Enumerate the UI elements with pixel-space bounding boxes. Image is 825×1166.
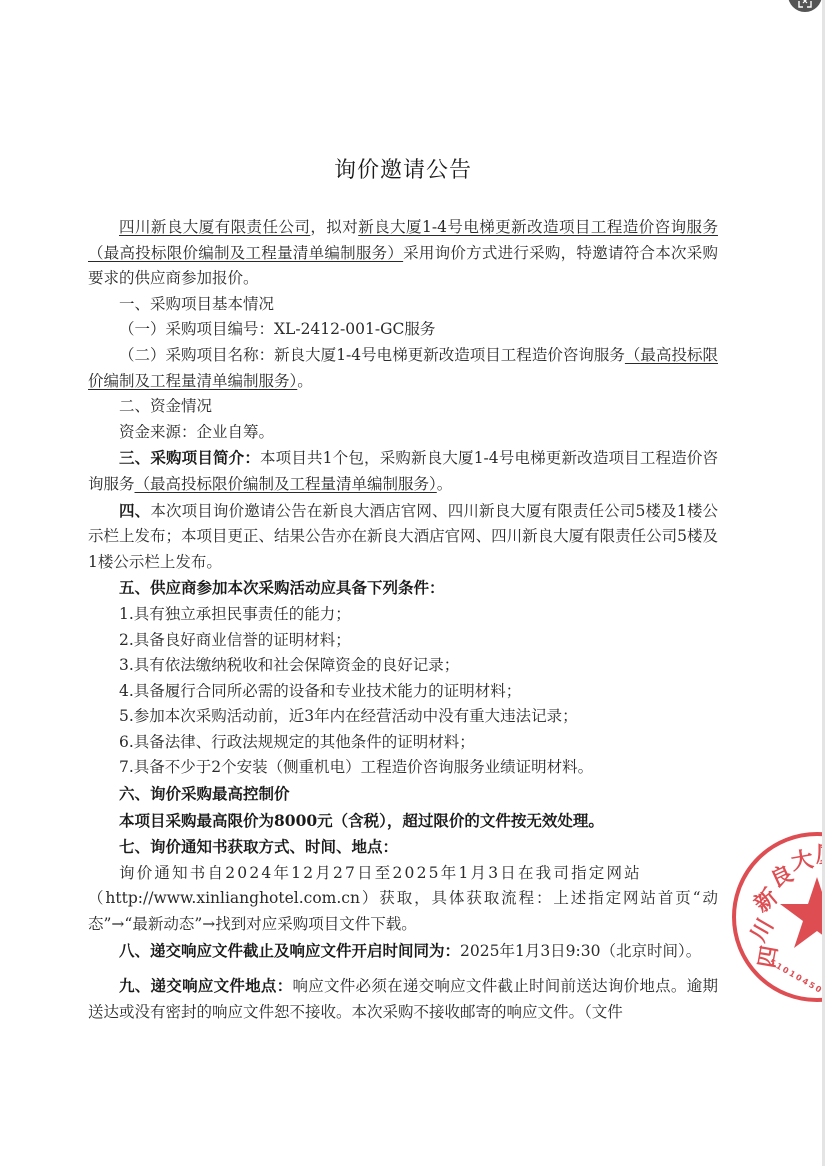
website-instructions: （http://www.xinlianghotel.com.cn）获取，具体获取… — [88, 889, 718, 933]
intro-paragraph: 四川新良大厦有限责任公司，拟对新良大厦1-4号电梯更新改造项目工程造价咨询服务（… — [88, 215, 718, 292]
condition-item: 2.具备良好商业信誉的证明材料； — [88, 628, 718, 654]
section-3: 三、采购项目简介：本项目共1个包，采购新良大厦1-4号电梯更新改造项目工程造价咨… — [88, 445, 718, 497]
condition-item: 6.具备法律、行政法规规定的其他条件的证明材料； — [88, 730, 718, 756]
section-2-heading: 二、资金情况 — [88, 394, 718, 420]
section-3-underlined: （最高投标限价编制及工程量清单编制服务） — [135, 475, 437, 493]
expand-icon — [798, 0, 812, 8]
section-1-item-1: （一）采购项目编号：XL-2412-001-GC服务 — [88, 317, 718, 343]
section-5-heading-text: 五、供应商参加本次采购活动应具备下列条件： — [119, 578, 445, 597]
section-6-heading: 六、询价采购最高控制价 — [88, 781, 718, 808]
condition-item: 4.具备履行合同所必需的设备和专业技术能力的证明材料； — [88, 679, 718, 705]
section-7-line-1: 询价通知书自2024年12月27日至2025年1月3日在我司指定网站 — [88, 861, 718, 887]
section-6-text: 本项目采购最高限价为8000元（含税），超过限价的文件按无效处理。 — [88, 808, 718, 835]
section-2-heading-text: 二、资金情况 — [119, 397, 212, 415]
condition-6: 6.具备法律、行政法规规定的其他条件的证明材料； — [119, 733, 475, 751]
condition-item: 1.具有独立承担民事责任的能力； — [88, 602, 718, 628]
condition-item: 5.参加本次采购活动前，近3年内在经营活动中没有重大违法记录； — [88, 704, 718, 730]
section-8-heading: 八、递交响应文件截止及响应文件开启时间同为： — [119, 941, 460, 960]
deadline-text: 2025年1月3日9:30（北京时间）。 — [460, 942, 701, 960]
condition-3: 3.具有依法缴纳税收和社会保障资金的良好记录； — [119, 656, 459, 674]
section-9: 九、递交响应文件地点：响应文件必须在递交响应文件截止时间前送达询价地点。逾期送达… — [88, 973, 718, 1025]
project-name-label: （二）采购项目名称：新良大厦1-4号电梯更新改造项目工程造价咨询服务 — [119, 346, 625, 364]
section-4: 四、本次项目询价邀请公告在新良大酒店官网、四川新良大厦有限责任公司5楼及1楼公示… — [88, 498, 718, 576]
funding-source: 资金来源：企业自筹。 — [119, 423, 274, 441]
section-1-heading: 一、采购项目基本情况 — [88, 292, 718, 318]
condition-item: 3.具有依法缴纳税收和社会保障资金的良好记录； — [88, 653, 718, 679]
condition-7: 7.具备不少于2个安装（侧重机电）工程造价咨询服务业绩证明材料。 — [119, 758, 593, 776]
document-body: 四川新良大厦有限责任公司，拟对新良大厦1-4号电梯更新改造项目工程造价咨询服务（… — [88, 215, 718, 1025]
section-7-heading: 七、询价通知书获取方式、时间、地点： — [88, 834, 718, 861]
condition-1: 1.具有独立承担民事责任的能力； — [119, 605, 351, 623]
section-5-heading: 五、供应商参加本次采购活动应具备下列条件： — [88, 575, 718, 602]
section-4-text: 本次项目询价邀请公告在新良大酒店官网、四川新良大厦有限责任公司5楼及1楼公示栏上… — [88, 502, 718, 571]
intro-mid: ，拟对 — [310, 218, 358, 236]
punct: 。 — [297, 372, 313, 390]
condition-item: 7.具备不少于2个安装（侧重机电）工程造价咨询服务业绩证明材料。 — [88, 755, 718, 781]
project-number: （一）采购项目编号：XL-2412-001-GC服务 — [119, 320, 435, 338]
condition-4: 4.具备履行合同所必需的设备和专业技术能力的证明材料； — [119, 682, 521, 700]
section-1-item-2: （二）采购项目名称：新良大厦1-4号电梯更新改造项目工程造价咨询服务（最高投标限… — [88, 343, 718, 394]
spacer — [88, 964, 718, 973]
section-8: 八、递交响应文件截止及响应文件开启时间同为：2025年1月3日9:30（北京时间… — [88, 938, 718, 965]
company-seal: 四 川 新 良 大 厦 51010450 — [732, 832, 825, 1002]
section-1-heading-text: 一、采购项目基本情况 — [119, 295, 274, 313]
punct: 。 — [437, 475, 453, 493]
section-7-heading-text: 七、询价通知书获取方式、时间、地点： — [119, 837, 398, 856]
document-title: 询价邀请公告 — [0, 153, 806, 184]
condition-2: 2.具备良好商业信誉的证明材料； — [119, 631, 351, 649]
section-3-heading: 三、采购项目简介： — [119, 448, 260, 467]
company-name: 四川新良大厦有限责任公司 — [119, 218, 310, 236]
section-7-line-2: （http://www.xinlianghotel.com.cn）获取，具体获取… — [88, 886, 718, 937]
section-4-heading: 四、 — [119, 501, 150, 520]
document-page: 询价邀请公告 四川新良大厦有限责任公司，拟对新良大厦1-4号电梯更新改造项目工程… — [0, 0, 822, 1166]
notice-period: 询价通知书自2024年12月27日至2025年1月3日在我司指定网站 — [119, 864, 642, 882]
condition-5: 5.参加本次采购活动前，近3年内在经营活动中没有重大违法记录； — [119, 707, 578, 725]
section-2-text: 资金来源：企业自筹。 — [88, 420, 718, 446]
section-6-heading-text: 六、询价采购最高控制价 — [119, 784, 290, 803]
section-9-heading: 九、递交响应文件地点： — [119, 976, 292, 995]
max-price-text: 本项目采购最高限价为8000元（含税），超过限价的文件按无效处理。 — [119, 811, 604, 830]
